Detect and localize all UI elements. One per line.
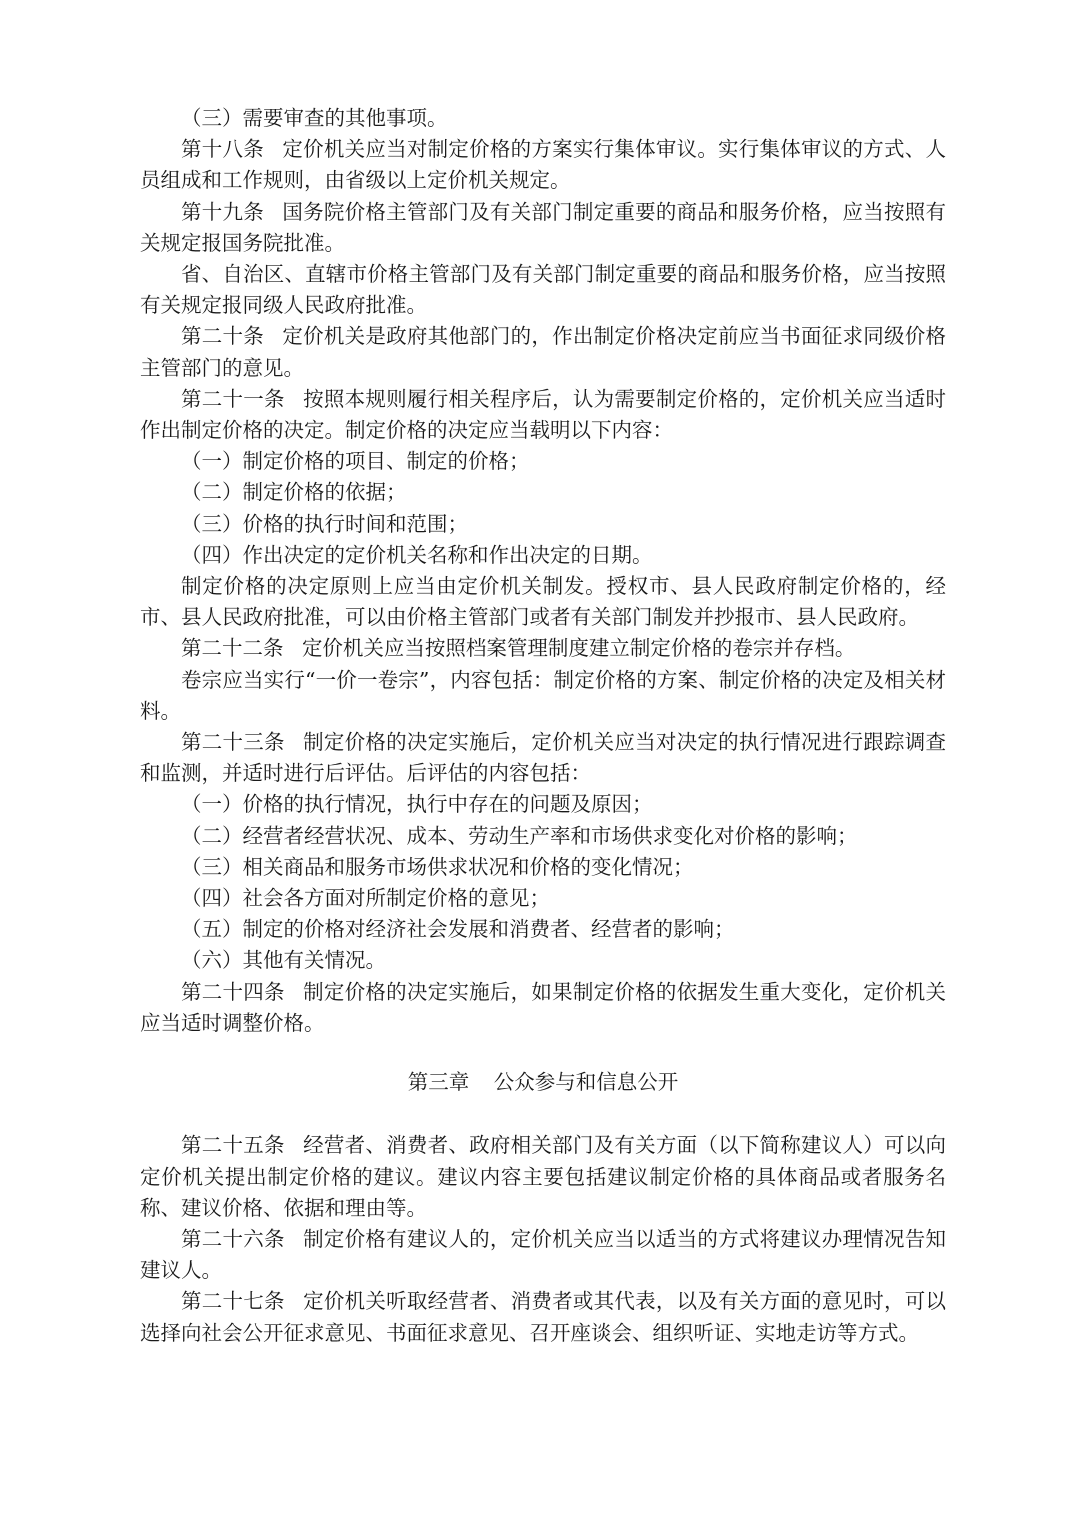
article-label: 第二十三条 <box>181 730 285 754</box>
article-19: 第十九条国务院价格主管部门及有关部门制定重要的商品和服务价格，应当按照有关规定报… <box>140 197 946 259</box>
list-item: （一）价格的执行情况，执行中存在的问题及原因； <box>140 789 946 820</box>
article-26: 第二十六条制定价格有建议人的，定价机关应当以适当的方式将建议办理情况告知建议人。 <box>140 1224 946 1286</box>
article-text: 定价机关应当按照档案管理制度建立制定价格的卷宗并存档。 <box>302 636 856 660</box>
list-item: （六）其他有关情况。 <box>140 945 946 976</box>
article-20: 第二十条定价机关是政府其他部门的，作出制定价格决定前应当书面征求同级价格主管部门… <box>140 321 946 383</box>
article-label: 第二十五条 <box>181 1133 285 1157</box>
article-label: 第二十四条 <box>181 980 285 1004</box>
article-label: 第二十七条 <box>181 1289 285 1313</box>
list-item: （四）作出决定的定价机关名称和作出决定的日期。 <box>140 540 946 571</box>
article-label: 第二十一条 <box>181 387 285 411</box>
list-item: （一）制定价格的项目、制定的价格； <box>140 446 946 477</box>
article-18: 第十八条定价机关应当对制定价格的方案实行集体审议。实行集体审议的方式、人员组成和… <box>140 134 946 196</box>
list-item: （四）社会各方面对所制定价格的意见； <box>140 883 946 914</box>
list-item: （三）价格的执行时间和范围； <box>140 509 946 540</box>
article-21: 第二十一条按照本规则履行相关程序后，认为需要制定价格的，定价机关应当适时作出制定… <box>140 384 946 446</box>
article-label: 第二十二条 <box>181 636 284 660</box>
block-2: 第二十五条经营者、消费者、政府相关部门及有关方面（以下简称建议人）可以向定价机关… <box>140 1130 946 1348</box>
article-25: 第二十五条经营者、消费者、政府相关部门及有关方面（以下简称建议人）可以向定价机关… <box>140 1130 946 1224</box>
list-item: （五）制定的价格对经济社会发展和消费者、经营者的影响； <box>140 914 946 945</box>
article-label: 第二十六条 <box>181 1227 285 1251</box>
chapter-number: 第三章 <box>408 1070 470 1094</box>
paragraph: 省、自治区、直辖市价格主管部门及有关部门制定重要的商品和服务价格，应当按照有关规… <box>140 259 946 321</box>
article-22: 第二十二条定价机关应当按照档案管理制度建立制定价格的卷宗并存档。 <box>140 633 946 664</box>
article-23: 第二十三条制定价格的决定实施后，定价机关应当对决定的执行情况进行跟踪调查和监测，… <box>140 727 946 789</box>
article-label: 第十八条 <box>181 137 264 161</box>
chapter-title: 公众参与和信息公开 <box>494 1070 679 1094</box>
chapter-heading: 第三章公众参与和信息公开 <box>140 1067 946 1098</box>
list-item: （三）需要审查的其他事项。 <box>140 103 946 134</box>
paragraph: 制定价格的决定原则上应当由定价机关制发。授权市、县人民政府制定价格的，经市、县人… <box>140 571 946 633</box>
block-1: （三）需要审查的其他事项。 第十八条定价机关应当对制定价格的方案实行集体审议。实… <box>140 103 946 1039</box>
article-27: 第二十七条定价机关听取经营者、消费者或其代表，以及有关方面的意见时，可以选择向社… <box>140 1286 946 1348</box>
paragraph: 卷宗应当实行“一价一卷宗”，内容包括：制定价格的方案、制定价格的决定及相关材料。 <box>140 665 946 727</box>
article-label: 第十九条 <box>181 200 264 224</box>
document-page: （三）需要审查的其他事项。 第十八条定价机关应当对制定价格的方案实行集体审议。实… <box>140 103 946 1349</box>
list-item: （二）经营者经营状况、成本、劳动生产率和市场供求变化对价格的影响； <box>140 821 946 852</box>
list-item: （二）制定价格的依据； <box>140 477 946 508</box>
list-item: （三）相关商品和服务市场供求状况和价格的变化情况； <box>140 852 946 883</box>
article-label: 第二十条 <box>181 324 264 348</box>
article-24: 第二十四条制定价格的决定实施后，如果制定价格的依据发生重大变化，定价机关应当适时… <box>140 977 946 1039</box>
